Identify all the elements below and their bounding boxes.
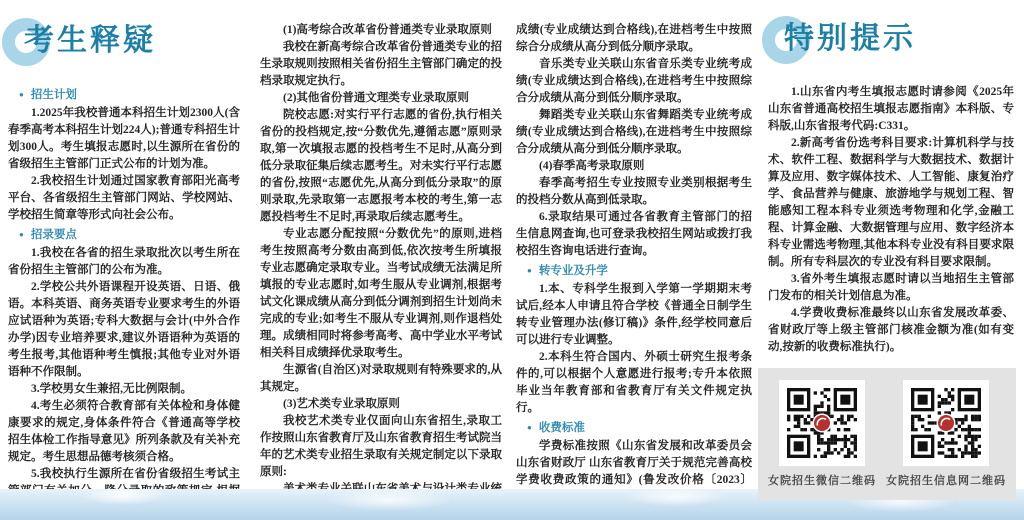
paragraph: 生源省(自治区)对录取规则有特殊要求的,从其规定。: [260, 362, 502, 396]
section-heading: ●招生计划: [8, 86, 240, 104]
section-heading-label: 招生计划: [31, 89, 77, 101]
paragraph: 1.我校在各省的招生录取批次以考生所在省份招生主管部门的公布为准。: [8, 245, 240, 279]
paragraph: 院校志愿:对实行平行志愿的省份,执行相关省份的投档规定,按“分数优先,遵循志愿”…: [260, 107, 502, 226]
column-2: (1)高考综合改革省份普通类专业录取原则我校在新高考综合改革省份普通类专业的招生…: [260, 22, 502, 515]
bullet-icon: ●: [527, 419, 532, 436]
paragraph: 春季高考招生专业按照专业类别根据考生的投档分数从高到低录取。: [516, 175, 752, 209]
paragraph: 我校在新高考综合改革省份普通类专业的招生录取规则按照相关省份招生主管部门确定的投…: [260, 39, 502, 90]
qr-tile: [903, 380, 989, 466]
notice-title: 特别提示: [784, 30, 916, 47]
paragraph: 2.新高考省份选考科目要求:计算机科学与技术、软件工程、数据科学与大数据技术、数…: [768, 135, 1014, 271]
qr-panel: 女院招生微信二维码 女院招生信息网二维码: [758, 368, 1016, 500]
wechat-qr-code-image: [787, 388, 857, 458]
qr-caption: 女院招生信息网二维码: [886, 473, 1006, 490]
qr-tile: [779, 380, 865, 466]
paragraph: 4.学费收费标准最终以山东省发展改革委、省财政厅等上级主管部门核准金额为准(如有…: [768, 305, 1014, 356]
paragraph: 我校艺术类专业仅面向山东省招生,录取工作按照山东省教育厅及山东省教育招生考试院当…: [260, 413, 502, 481]
section-heading-label: 招录要点: [31, 229, 77, 241]
paragraph: (1)高考综合改革省份普通类专业录取原则: [260, 22, 502, 39]
bullet-icon: ●: [19, 226, 24, 243]
paragraph: 专业志愿分配按照“分数优先”的原则,进档考生按照高考分数由高到低,依次按考生所填…: [260, 226, 502, 362]
paragraph: 2.学校公共外语课程开设英语、日语、俄语。本科英语、商务英语专业要求考生的外语应…: [8, 279, 240, 381]
brochure-page: 考生释疑 ●招生计划1.2025年我校普通本科招生计划2300人(含春季高考本科…: [0, 0, 1024, 520]
page-title: 考生释疑: [24, 32, 156, 49]
paragraph: 舞蹈类专业关联山东省舞蹈类专业统考成绩(专业成绩达到合格线),在进档考生中按照综…: [516, 107, 752, 158]
paragraph: 成绩(专业成绩达到合格线),在进档考生中按照综合分成绩从高分到低分顺序录取。: [516, 22, 752, 56]
section-heading: ●收费标准: [516, 419, 752, 437]
paragraph: 音乐类专业关联山东省音乐类专业统考成绩(专业成绩达到合格线),在进档考生中按照综…: [516, 56, 752, 107]
column-1-text: ●招生计划1.2025年我校普通本科招生计划2300人(含春季高考本科招生计划2…: [8, 86, 240, 517]
section-special-notice: 特别提示 1.山东省内考生填报志愿时请参阅《2025年山东省普通高校招生填报志愿…: [768, 16, 1014, 356]
column-3: 成绩(专业成绩达到合格线),在进档考生中按照综合分成绩从高分到低分顺序录取。音乐…: [516, 22, 752, 520]
section-heading-label: 转专业及升学: [539, 265, 608, 277]
qr-item-website: 女院招生信息网二维码: [886, 380, 1006, 490]
paragraph: (3)艺术类专业录取原则: [260, 396, 502, 413]
column-1: 考生释疑 ●招生计划1.2025年我校普通本科招生计划2300人(含春季高考本科…: [8, 18, 240, 517]
paragraph: 6.录取结果可通过各省教育主管部门的招生信息网查询,也可登录我校招生网站或拨打我…: [516, 209, 752, 260]
paragraph: 1.2025年我校普通本科招生计划2300人(含春季高考本科招生计划224人);…: [8, 105, 240, 173]
website-qr-code-image: [911, 388, 981, 458]
paragraph: (4)春季高考录取原则: [516, 158, 752, 175]
notice-title-wrap: 特别提示: [768, 16, 1014, 78]
paragraph: 3.省外考生填报志愿时请以当地招生主管部门发布的相关计划信息为准。: [768, 271, 1014, 305]
paragraph: 3.学校男女生兼招,无比例限制。: [8, 381, 240, 398]
qr-item-wechat: 女院招生微信二维码: [768, 380, 876, 490]
paragraph: 2.我校招生计划通过国家教育部阳光高考平台、各省级招生主管部门网站、学校网站、学…: [8, 173, 240, 224]
section-heading: ●招录要点: [8, 226, 240, 244]
notice-text: 1.山东省内考生填报志愿时请参阅《2025年山东省普通高校招生填报志愿指南》本科…: [768, 84, 1014, 356]
bullet-icon: ●: [19, 86, 24, 103]
section-heading: ●转专业及升学: [516, 262, 752, 280]
paragraph: 1.本、专科学生报到入学第一学期期末考试后,经本人申请且符合学校《普通全日制学生…: [516, 281, 752, 349]
paragraph: 4.考生必须符合教育部有关体检和身体健康要求的规定,身体条件符合《普通高等学校招…: [8, 398, 240, 466]
bullet-icon: ●: [527, 262, 532, 279]
paragraph: 2.本科生符合国内、外硕士研究生报考条件的,可以根据个人意愿进行报考;专升本依照…: [516, 349, 752, 417]
page-title-wrap: 考生释疑: [8, 18, 240, 80]
qr-caption: 女院招生微信二维码: [768, 473, 876, 490]
paragraph: 1.山东省内考生填报志愿时请参阅《2025年山东省普通高校招生填报志愿指南》本科…: [768, 84, 1014, 135]
paragraph: (2)其他省份普通文理类专业录取原则: [260, 90, 502, 107]
section-heading-label: 收费标准: [539, 422, 585, 434]
